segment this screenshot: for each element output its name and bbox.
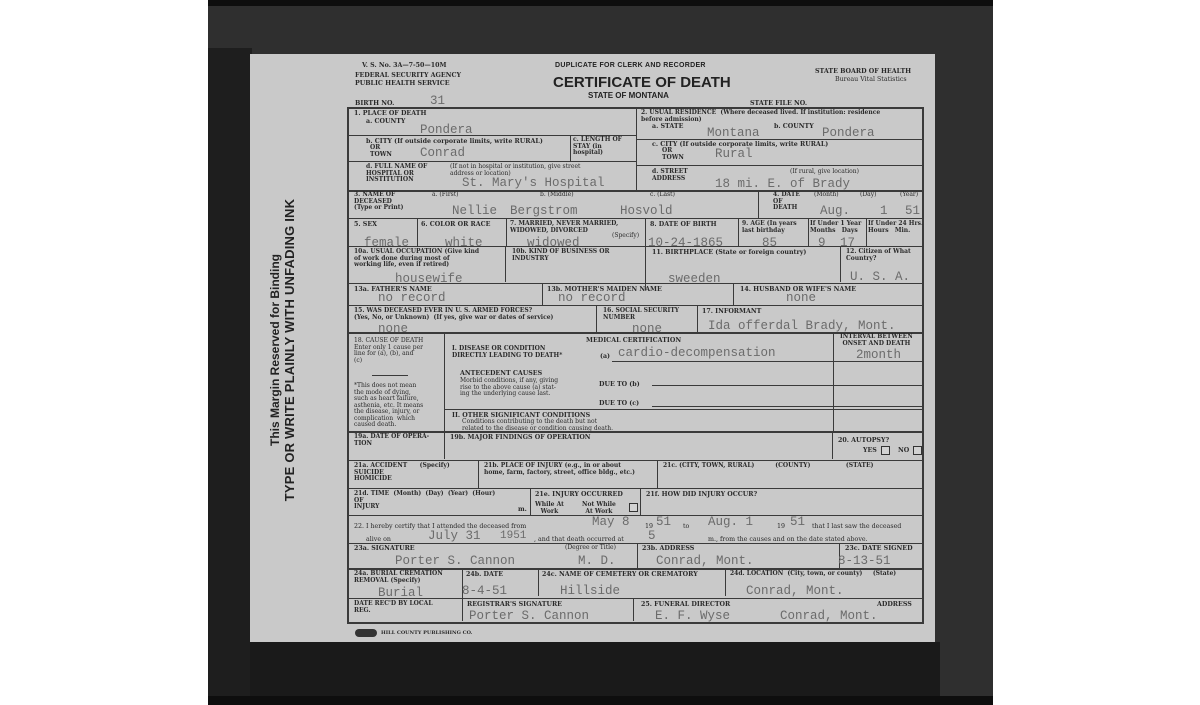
injury-occurred-label: 21e. INJURY OCCURRED bbox=[535, 491, 623, 498]
birth-no-label: BIRTH NO. bbox=[355, 100, 394, 107]
line-a-label: (a) bbox=[600, 353, 610, 360]
burial-date-value: 8-4-51 bbox=[462, 585, 507, 598]
due-to-c-label: DUE TO (c) bbox=[599, 400, 639, 407]
street-label: d. STREET ADDRESS bbox=[652, 169, 688, 182]
degree-value: M. D. bbox=[578, 555, 616, 568]
location-value: Conrad, Mont. bbox=[746, 585, 844, 598]
rule bbox=[348, 543, 922, 544]
attended-to-value: Aug. 1 bbox=[708, 516, 753, 529]
binding-note: This Margin Reserved for Binding bbox=[268, 180, 282, 520]
first-name-label: a. (First) bbox=[432, 192, 459, 199]
rule bbox=[348, 460, 922, 461]
alive-on-value: July 31 bbox=[428, 530, 481, 543]
cause-a-value: cardio-decompensation bbox=[618, 347, 776, 360]
state-subtitle: STATE OF MONTANA bbox=[588, 91, 669, 100]
signature-value: Porter S. Cannon bbox=[395, 555, 515, 568]
funeral-address-value: Conrad, Mont. bbox=[780, 610, 878, 623]
business-label: 10b. KIND OF BUSINESS OR INDUSTRY bbox=[512, 249, 609, 262]
rule bbox=[444, 333, 445, 431]
months-value: 9 bbox=[818, 237, 826, 250]
form-number: V. S. No. 3A—7-50—10M bbox=[362, 62, 446, 69]
registrar-signature-label: REGISTRAR'S SIGNATURE bbox=[467, 601, 562, 608]
death-month-value: Aug. bbox=[820, 205, 850, 218]
rule bbox=[348, 332, 922, 334]
under-one-year-label: If Under 1 Year Months Days bbox=[810, 221, 861, 234]
rule bbox=[833, 333, 834, 431]
agency-line-1: FEDERAL SECURITY AGENCY bbox=[355, 72, 461, 79]
under-24-hours-label: If Under 24 Hrs. Hours Min. bbox=[868, 221, 923, 234]
not-while-at-work-label: Not While At Work bbox=[582, 502, 616, 515]
last-name-value: Hosvold bbox=[620, 205, 673, 218]
signature-label: 23a. SIGNATURE bbox=[354, 545, 415, 552]
middle-name-label: b. (Middle) bbox=[540, 192, 574, 199]
rule bbox=[636, 107, 637, 190]
rule bbox=[348, 431, 922, 433]
res-county-label: b. COUNTY bbox=[774, 123, 814, 130]
rule bbox=[596, 305, 597, 332]
duplicate-note: DUPLICATE FOR CLERK AND RECORDER bbox=[555, 62, 706, 69]
page-title: CERTIFICATE OF DEATH bbox=[553, 74, 731, 91]
rule bbox=[652, 385, 922, 386]
street-note: (If rural, give location) bbox=[790, 169, 859, 176]
board-line-2: Bureau Vital Statistics bbox=[835, 76, 907, 83]
marital-label: 7. MARRIED, NEVER MARRIED, WIDOWED, DIVO… bbox=[510, 221, 618, 234]
sex-label: 5. SEX bbox=[354, 221, 377, 228]
certify-text-2b: m., from the causes and on the date stat… bbox=[708, 536, 868, 543]
degree-label: (Degree or Title) bbox=[565, 545, 616, 552]
autopsy-yes-label: YES bbox=[863, 447, 877, 454]
rule bbox=[633, 598, 634, 621]
rule bbox=[444, 431, 445, 459]
autopsy-yes-checkbox[interactable] bbox=[881, 446, 890, 455]
rule bbox=[347, 107, 349, 622]
autopsy-no-label: NO bbox=[898, 447, 909, 454]
autopsy-label: 20. AUTOPSY? bbox=[838, 437, 889, 444]
rule bbox=[542, 283, 543, 305]
rule bbox=[348, 161, 636, 162]
agency-line-2: PUBLIC HEALTH SERVICE bbox=[355, 80, 450, 87]
operation-findings-label: 19b. MAJOR FINDINGS OF OPERATION bbox=[450, 434, 591, 441]
city-value: Conrad bbox=[420, 147, 465, 160]
rule bbox=[348, 246, 922, 247]
rule bbox=[348, 598, 922, 599]
date-received-label: DATE REC'D BY LOCAL REG. bbox=[354, 601, 433, 614]
res-city-value: Rural bbox=[715, 148, 753, 161]
rule bbox=[840, 246, 841, 282]
name-label: 3. NAME OF DECEASED (Type or Print) bbox=[354, 192, 403, 212]
burial-date-label: 24b. DATE bbox=[466, 571, 503, 578]
scan-top-edge bbox=[208, 0, 993, 6]
rule bbox=[645, 218, 646, 290]
res-or-town-label: OR TOWN bbox=[662, 148, 684, 161]
ink-instruction: TYPE OR WRITE PLAINLY WITH UNFADING INK bbox=[282, 180, 298, 520]
rule bbox=[348, 283, 922, 284]
operation-date-label: 19a. DATE OF OPERA- TION bbox=[354, 434, 429, 447]
rule bbox=[808, 218, 809, 246]
rule bbox=[758, 190, 759, 218]
not-at-work-checkbox[interactable] bbox=[629, 503, 638, 512]
rule bbox=[697, 305, 698, 332]
scan-bottom-shadow bbox=[250, 642, 940, 697]
rule bbox=[652, 406, 922, 407]
medical-certification-label: MEDICAL CERTIFICATION bbox=[586, 337, 681, 344]
board-line-1: STATE BOARD OF HEALTH bbox=[815, 68, 911, 75]
rule bbox=[640, 488, 641, 515]
race-label: 6. COLOR OR RACE bbox=[421, 221, 490, 228]
rule bbox=[444, 409, 922, 410]
year-label: (Year) bbox=[900, 192, 918, 199]
rule bbox=[725, 568, 726, 596]
citizen-label: 12. Citizen of What Country? bbox=[846, 249, 911, 262]
informant-label: 17. INFORMANT bbox=[702, 308, 761, 315]
rule bbox=[372, 375, 408, 376]
rule bbox=[506, 218, 507, 246]
ssn-value: none bbox=[632, 323, 662, 336]
mother-value: no record bbox=[558, 292, 626, 305]
alive-year-value: 1951 bbox=[500, 530, 526, 543]
father-value: no record bbox=[378, 292, 446, 305]
cemetery-value: Hillside bbox=[560, 585, 620, 598]
interval-value: 2month bbox=[856, 349, 901, 362]
address-value: Conrad, Mont. bbox=[656, 555, 754, 568]
month-label: (Month) bbox=[814, 192, 839, 199]
rule bbox=[417, 218, 418, 246]
funeral-address-label: ADDRESS bbox=[877, 601, 912, 608]
while-at-work-label: While At Work bbox=[535, 502, 564, 515]
rule bbox=[733, 283, 734, 305]
day-label: (Day) bbox=[860, 192, 876, 199]
rule bbox=[530, 488, 531, 515]
occupation-value: housewife bbox=[395, 273, 463, 286]
birthplace-value: sweeden bbox=[668, 273, 721, 286]
m-label: m. bbox=[518, 506, 527, 513]
county-label: a. COUNTY bbox=[366, 118, 405, 125]
date-signed-label: 23c. DATE SIGNED bbox=[845, 545, 913, 552]
armed-forces-value: none bbox=[378, 323, 408, 336]
rule bbox=[738, 218, 739, 246]
address-label: 23b. ADDRESS bbox=[642, 545, 694, 552]
how-injury-label: 21f. HOW DID INJURY OCCUR? bbox=[646, 491, 757, 498]
rule bbox=[922, 107, 924, 622]
rule bbox=[505, 246, 506, 282]
spouse-value: none bbox=[786, 292, 816, 305]
certify-to-label: to bbox=[683, 523, 689, 530]
or-town-label: OR TOWN bbox=[370, 145, 392, 158]
rule bbox=[832, 431, 833, 459]
cause-note: *This does not mean the mode of dying, s… bbox=[354, 383, 423, 429]
interval-label: INTERVAL BETWEEN ONSET AND DEATH bbox=[840, 334, 913, 347]
date-of-death-label: 4. DATE OF DEATH bbox=[773, 192, 800, 212]
rule bbox=[866, 218, 867, 246]
city-label: b. CITY (If outside corporate limits, wr… bbox=[366, 138, 543, 145]
antecedent-label: ANTECEDENT CAUSES bbox=[460, 370, 542, 377]
publisher-label: HILL COUNTY PUBLISHING CO. bbox=[381, 630, 472, 637]
length-of-stay-label: c. LENGTH OF STAY (in hospital) bbox=[573, 137, 622, 157]
place-of-injury-label: 21b. PLACE OF INJURY (e.g., in or about … bbox=[484, 463, 635, 476]
state-file-label: STATE FILE NO. bbox=[750, 100, 807, 107]
time-of-injury-label: 21d. TIME (Month) (Day) (Year) (Hour) OF… bbox=[354, 491, 495, 511]
rule bbox=[570, 135, 571, 161]
date-signed-value: 8-13-51 bbox=[838, 555, 891, 568]
armed-forces-label: 15. WAS DECEASED EVER IN U. S. ARMED FOR… bbox=[354, 308, 553, 321]
middle-name-value: Bergstrom bbox=[510, 205, 578, 218]
first-name-value: Nellie bbox=[452, 205, 497, 218]
to-year-value: 51 bbox=[790, 516, 805, 529]
alive-on-label: alive on bbox=[366, 536, 391, 543]
place-of-death-label: 1. PLACE OF DEATH bbox=[354, 110, 426, 117]
registrar-signature-value: Porter S. Cannon bbox=[469, 610, 589, 623]
autopsy-no-checkbox[interactable] bbox=[913, 446, 922, 455]
injury-city-label: 21c. (CITY, TOWN, RURAL) (COUNTY) (STATE… bbox=[663, 463, 873, 470]
funeral-director-label: 25. FUNERAL DIRECTOR bbox=[641, 601, 730, 608]
occupation-label: 10a. USUAL OCCUPATION (Give kind of work… bbox=[354, 249, 479, 269]
rule bbox=[657, 460, 658, 488]
antecedent-note: Morbid conditions, if any, giving rise t… bbox=[460, 378, 558, 398]
rule bbox=[637, 139, 922, 140]
rule bbox=[348, 515, 922, 516]
usual-residence-label: 2. USUAL RESIDENCE (Where deceased lived… bbox=[641, 110, 880, 123]
death-time-value: 5 bbox=[648, 530, 656, 543]
burial-label: 24a. BURIAL CREMATION REMOVAL (Specify) bbox=[354, 571, 443, 584]
due-to-b-label: DUE TO (b) bbox=[599, 381, 640, 388]
rule bbox=[348, 488, 922, 489]
last-name-label: c. (Last) bbox=[650, 192, 675, 199]
cemetery-label: 24c. NAME OF CEMETERY OR CREMATORY bbox=[542, 571, 698, 578]
dob-label: 8. DATE OF BIRTH bbox=[650, 221, 717, 228]
hospital-value: St. Mary's Hospital bbox=[462, 177, 605, 190]
disease-label: I. DISEASE OR CONDITION DIRECTLY LEADING… bbox=[452, 346, 562, 359]
cause-of-death-label: 18. CAUSE OF DEATH Enter only 1 cause pe… bbox=[354, 338, 423, 364]
location-label: 24d. LOCATION (City, town, or county) (S… bbox=[730, 571, 896, 578]
scan-left-shadow bbox=[208, 48, 252, 698]
death-day-value: 1 bbox=[880, 205, 888, 218]
res-state-label: a. STATE bbox=[652, 123, 683, 130]
birthplace-label: 11. BIRTHPLACE (State or foreign country… bbox=[652, 249, 806, 256]
attended-from-value: May 8 bbox=[592, 516, 630, 529]
death-year-value: 51 bbox=[905, 205, 920, 218]
age-label: 9. AGE (In years last birthday bbox=[742, 221, 797, 234]
rule bbox=[478, 460, 479, 488]
from-year-value: 51 bbox=[656, 516, 671, 529]
hospital-label: d. FULL NAME OF HOSPITAL OR INSTITUTION bbox=[366, 164, 427, 184]
publisher-logo-icon bbox=[355, 629, 377, 637]
rule bbox=[348, 218, 922, 219]
certify-19-label-2: 19 bbox=[777, 523, 785, 530]
scan-bottom-edge bbox=[208, 696, 993, 705]
ssn-label: 16. SOCIAL SECURITY NUMBER bbox=[603, 308, 679, 321]
rule bbox=[637, 543, 638, 568]
rule bbox=[538, 568, 539, 596]
rule bbox=[637, 165, 922, 166]
specify-label: (Specify) bbox=[612, 233, 639, 240]
binding-margin: This Margin Reserved for Binding TYPE OR… bbox=[268, 180, 298, 520]
accident-label: 21a. ACCIDENT (Specify) SUICIDE HOMICIDE bbox=[354, 463, 450, 483]
certify-text-2: , and that death occurred at bbox=[534, 536, 624, 543]
rule bbox=[348, 305, 922, 306]
funeral-director-value: E. F. Wyse bbox=[655, 610, 730, 623]
certify-text-1b: that I last saw the deceased bbox=[812, 523, 901, 530]
